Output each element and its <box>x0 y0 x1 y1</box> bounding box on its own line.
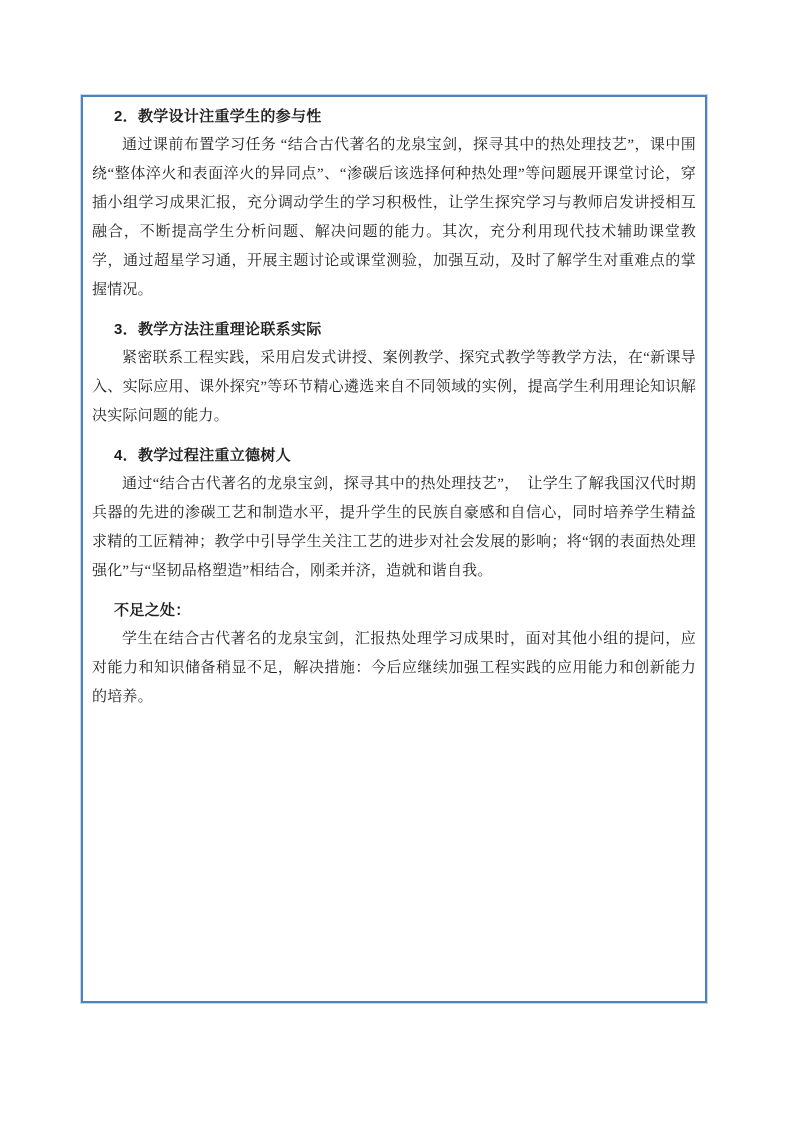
section-heading: 4．教学过程注重立德树人 <box>92 441 696 470</box>
section-paragraph: 通过课前布置学习任务 “结合古代著名的龙泉宝剑，探寻其中的热处理技艺”，课中围绕… <box>92 131 696 305</box>
section-paragraph: 学生在结合古代著名的龙泉宝剑，汇报热处理学习成果时，面对其他小组的提问，应对能力… <box>92 625 696 712</box>
section-heading: 2．教学设计注重学生的参与性 <box>92 102 696 131</box>
section-teaching-method: 3．教学方法注重理论联系实际 紧密联系工程实践，采用启发式讲授、案例教学、探究式… <box>92 315 696 431</box>
section-teaching-process: 4．教学过程注重立德树人 通过“结合古代著名的龙泉宝剑，探寻其中的热处理技艺”，… <box>92 441 696 586</box>
section-shortcomings: 不足之处： 学生在结合古代著名的龙泉宝剑，汇报热处理学习成果时，面对其他小组的提… <box>92 596 696 712</box>
section-paragraph: 通过“结合古代著名的龙泉宝剑，探寻其中的热处理技艺”， 让学生了解我国汉代时期兵… <box>92 470 696 586</box>
section-heading: 不足之处： <box>92 596 696 625</box>
section-heading: 3．教学方法注重理论联系实际 <box>92 315 696 344</box>
section-teaching-design: 2．教学设计注重学生的参与性 通过课前布置学习任务 “结合古代著名的龙泉宝剑，探… <box>92 102 696 305</box>
bordered-content-cell: 2．教学设计注重学生的参与性 通过课前布置学习任务 “结合古代著名的龙泉宝剑，探… <box>81 95 707 1003</box>
section-paragraph: 紧密联系工程实践，采用启发式讲授、案例教学、探究式教学等教学方法，在“新课导入、… <box>92 344 696 431</box>
document-page: 2．教学设计注重学生的参与性 通过课前布置学习任务 “结合古代著名的龙泉宝剑，探… <box>0 0 794 1123</box>
